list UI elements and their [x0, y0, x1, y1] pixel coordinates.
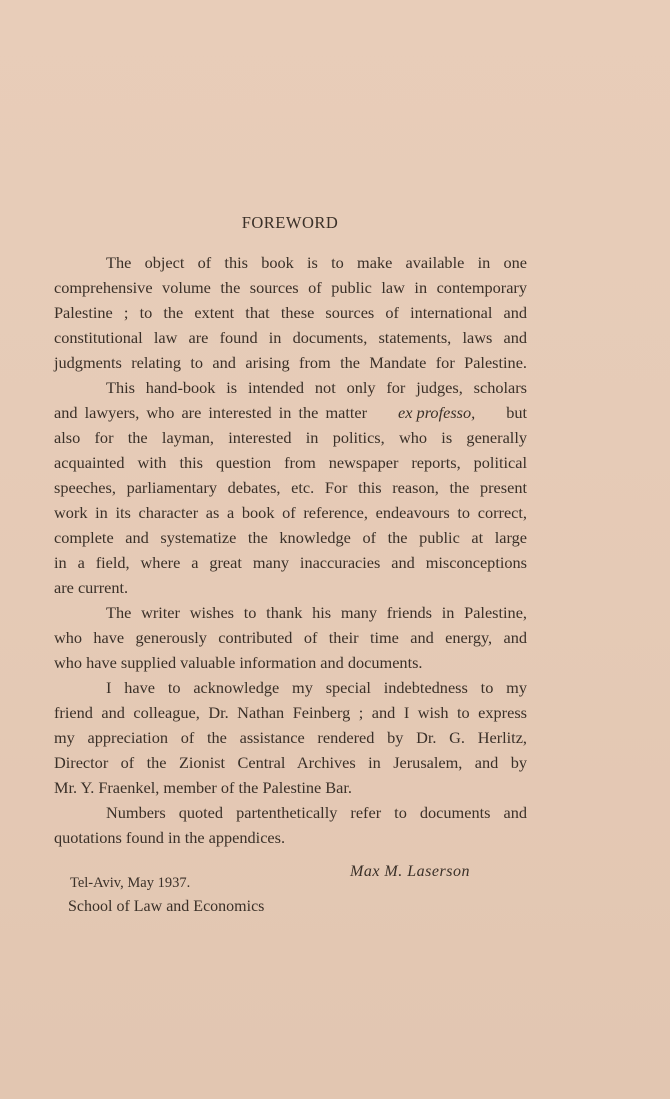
book-page: FOREWORD The object of this book is to m…: [0, 0, 670, 1099]
text-line: The object of this book is to make avail…: [54, 250, 527, 275]
text-line: Numbers quoted partenthetically refer to…: [54, 800, 527, 825]
paragraph-4: I have to acknowledge my special indebte…: [54, 675, 527, 800]
paragraph-2: This hand-book is intended not only for …: [54, 375, 527, 600]
text-line: in a field, where a great many inaccurac…: [54, 550, 527, 575]
text-line: Director of the Zionist Central Archives…: [54, 750, 527, 775]
page-heading: FOREWORD: [0, 213, 580, 233]
text-line: I have to acknowledge my special indebte…: [54, 675, 527, 700]
text-line: comprehensive volume the sources of publ…: [54, 275, 527, 300]
text-line: acquainted with this question from newsp…: [54, 450, 527, 475]
text-line: who have supplied valuable information a…: [54, 650, 527, 675]
text-line: work in its character as a book of refer…: [54, 500, 527, 525]
text-line: constitutional law are found in document…: [54, 325, 527, 350]
paragraph-3: The writer wishes to thank his many frie…: [54, 600, 527, 675]
text-line: The writer wishes to thank his many frie…: [54, 600, 527, 625]
text-line: quotations found in the appendices.: [54, 825, 527, 850]
institution-name: School of Law and Economics: [68, 898, 264, 916]
text-line: my appreciation of the assistance render…: [54, 725, 527, 750]
text-line: Mr. Y. Fraenkel, member of the Palestine…: [54, 775, 527, 800]
text-fragment: but: [506, 400, 527, 425]
text-line: are current.: [54, 575, 527, 600]
text-line: also for the layman, interested in polit…: [54, 425, 527, 450]
text-line: complete and systematize the knowledge o…: [54, 525, 527, 550]
text-line-with-italic: and lawyers, who are interested in the m…: [54, 400, 527, 425]
paragraph-5: Numbers quoted partenthetically refer to…: [54, 800, 527, 850]
paragraph-1: The object of this book is to make avail…: [54, 250, 527, 375]
text-line: who have generously contributed of their…: [54, 625, 527, 650]
text-fragment: and lawyers, who are interested in the m…: [54, 400, 367, 425]
place-and-date: Tel-Aviv, May 1937.: [70, 875, 190, 892]
text-line: speeches, parliamentary debates, etc. Fo…: [54, 475, 527, 500]
text-line: This hand-book is intended not only for …: [54, 375, 527, 400]
author-signature: Max M. Laserson: [350, 863, 470, 881]
foreword-body: The object of this book is to make avail…: [54, 250, 527, 850]
text-line: Palestine ; to the extent that these sou…: [54, 300, 527, 325]
text-line: friend and colleague, Dr. Nathan Feinber…: [54, 700, 527, 725]
text-line: judgments relating to and arising from t…: [54, 350, 527, 375]
italic-phrase: ex professo,: [398, 400, 475, 425]
